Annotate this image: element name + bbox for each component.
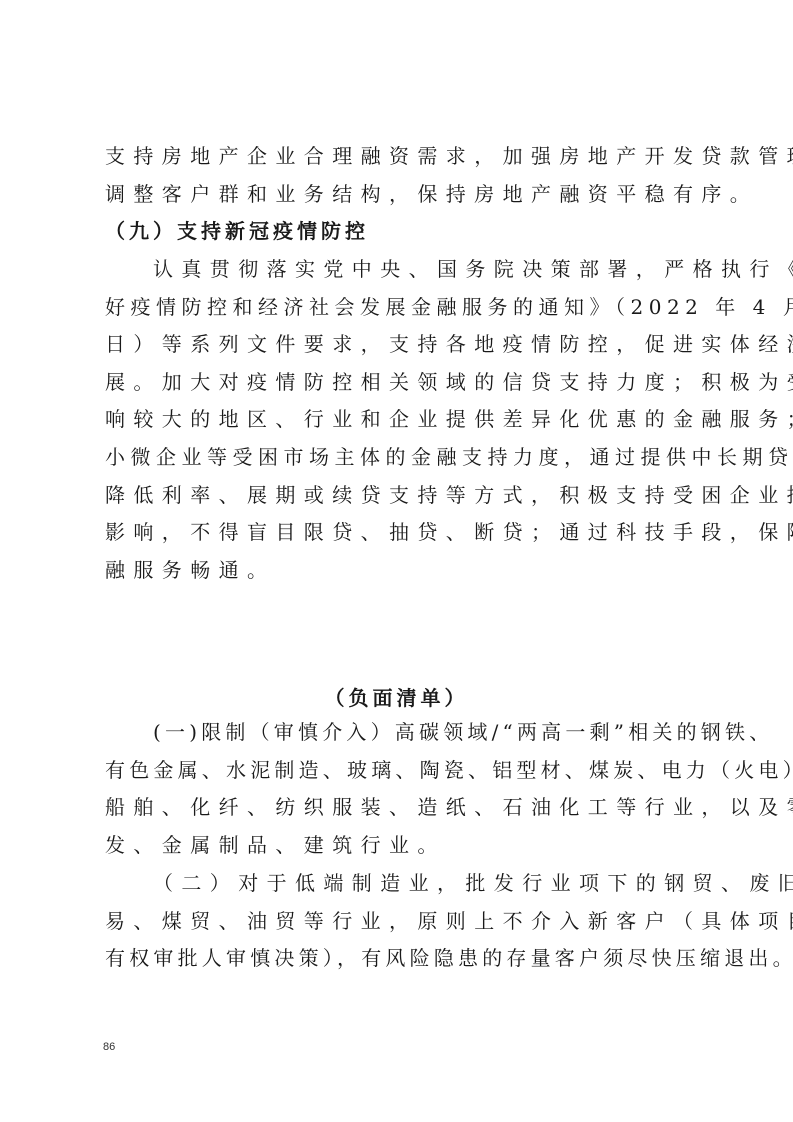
- section-9-heading: （九）支持新冠疫情防控: [105, 213, 695, 251]
- text-line: 认真贯彻落实党中央、国务院决策部署，严格执行《关于做: [105, 251, 695, 289]
- text-line: 发、金属制品、建筑行业。: [105, 827, 695, 865]
- text-line: 小微企业等受困市场主体的金融支持力度，通过提供中长期贷款、: [105, 439, 695, 477]
- text-line: 调整客户群和业务结构，保持房地产融资平稳有序。: [105, 176, 695, 214]
- paragraph-covid-support: 认真贯彻落实党中央、国务院决策部署，严格执行《关于做 好疫情防控和经济社会发展金…: [105, 251, 695, 589]
- text-line: 船舶、化纤、纺织服装、造纸、石油化工等行业，以及零售、批: [105, 789, 695, 827]
- text-line: 展。加大对疫情防控相关领域的信贷支持力度；积极为受疫情影: [105, 364, 695, 402]
- text-line: 支持房地产企业合理融资需求，加强房地产开发贷款管理，优化: [105, 138, 695, 176]
- negative-list-title: （负面清单）: [0, 682, 793, 711]
- document-page: 支持房地产企业合理融资需求，加强房地产开发贷款管理，优化 调整客户群和业务结构，…: [0, 0, 793, 1122]
- text-line: 融服务畅通。: [105, 552, 695, 590]
- negative-list-item-2: （二）对于低端制造业，批发行业项下的钢贸、废旧金属贸 易、煤贸、油贸等行业，原则…: [105, 865, 695, 978]
- negative-list-item-1: (一)限制（审慎介入）高碳领域/“两高一剩”相关的钢铁、 有色金属、水泥制造、玻…: [105, 714, 695, 864]
- text-line: （二）对于低端制造业，批发行业项下的钢贸、废旧金属贸: [105, 865, 695, 903]
- text-line: 降低利率、展期或续贷支持等方式，积极支持受困企业抵御疫情: [105, 477, 695, 515]
- text-line: 影响，不得盲目限贷、抽贷、断贷；通过科技手段，保障基础金: [105, 514, 695, 552]
- page-number: 86: [103, 1041, 115, 1053]
- text-line: 有色金属、水泥制造、玻璃、陶瓷、铝型材、煤炭、电力（火电）、: [105, 752, 695, 790]
- text-line: (一)限制（审慎介入）高碳领域/“两高一剩”相关的钢铁、: [105, 714, 695, 752]
- paragraph-real-estate-financing: 支持房地产企业合理融资需求，加强房地产开发贷款管理，优化 调整客户群和业务结构，…: [105, 138, 695, 213]
- heading-text: （九）支持新冠疫情防控: [105, 213, 695, 251]
- text-line: 好疫情防控和经济社会发展金融服务的通知》（2022 年 4 月 18: [105, 289, 695, 327]
- text-line: 有权审批人审慎决策），有风险隐患的存量客户须尽快压缩退出。: [105, 940, 695, 978]
- text-line: 日）等系列文件要求，支持各地疫情防控，促进实体经济恢复发: [105, 326, 695, 364]
- text-line: 响较大的地区、行业和企业提供差异化优惠的金融服务；加大对: [105, 401, 695, 439]
- text-line: 易、煤贸、油贸等行业，原则上不介入新客户（具体项目个案由: [105, 903, 695, 941]
